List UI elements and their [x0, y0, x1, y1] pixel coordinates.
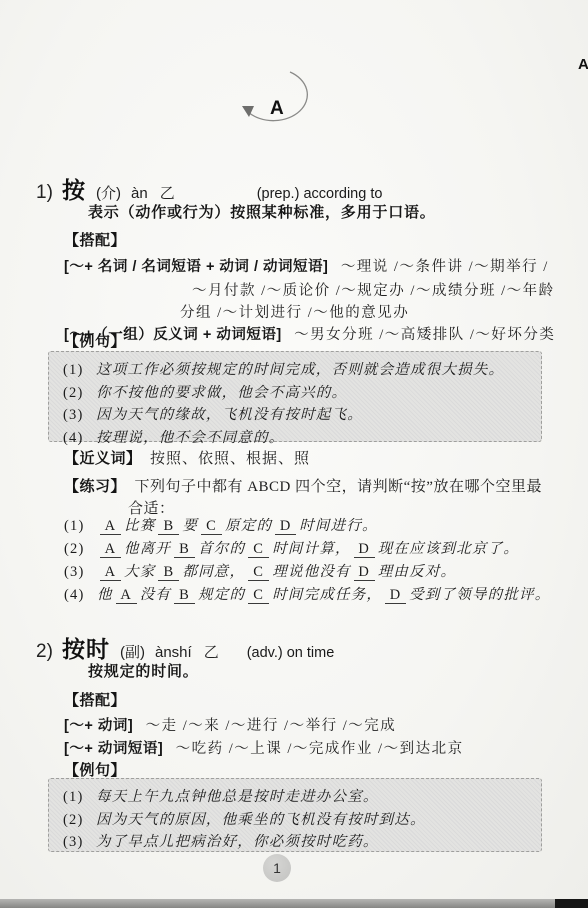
example-sentence: (2)因为天气的原因，他乘坐的飞机没有按时到达。 [63, 809, 533, 832]
page-number: 1 [273, 860, 281, 876]
exercise-item: (2)A他离开B首尔的C时间计算，D现在应该到北京了。 [64, 537, 519, 558]
entry2-examples-label: 【例句】 [64, 759, 126, 780]
exercise-segment: 原定的 [225, 518, 272, 534]
blank-letter: B [158, 565, 179, 581]
example-sentence: (1)这项工作必须按规定的时间完成，否则就会造成很大损失。 [63, 359, 533, 382]
blank-letter: D [275, 519, 296, 535]
entry2-collocation-label: 【搭配】 [64, 689, 126, 710]
example-sentence: (3)因为天气的缘故，飞机没有按时起飞。 [63, 404, 533, 427]
synonyms-text: 按照、依照、根据、照 [150, 450, 310, 467]
blank-letter: D [354, 542, 375, 558]
entry1-exercise-prompt: 【练习】 下列句子中都有 ABCD 四个空，请判断“按”放在哪个空里最 [64, 475, 542, 496]
exercise-segment: 他 [97, 587, 113, 603]
exercise-segment: 理说他没有 [272, 564, 351, 580]
example-text: 每天上午九点钟他总是按时走进办公室。 [96, 789, 379, 805]
entry2-english: (adv.) on time [247, 645, 335, 661]
entry1-collocation-line3: 分组 /～计划进行 /～他的意见办 [180, 301, 409, 322]
blank-letter: C [248, 588, 269, 604]
exercise-segment: 比赛 [124, 518, 155, 534]
example-sentence: (1)每天上午九点钟他总是按时走进办公室。 [63, 786, 533, 809]
blank-letter: D [354, 565, 375, 581]
section-letter: A [270, 98, 284, 119]
example-text: 你不按他的要求做，他会不高兴的。 [96, 385, 347, 401]
entry1-collocation-line1: [～+ 名词 / 名词短语 + 动词 / 动词短语] ～理说 /～条件讲 /～期… [64, 255, 549, 276]
entry2-pinyin: ànshí [155, 644, 192, 661]
book-page: A A 1) 按 (介) àn 乙 (prep.) according to 表… [0, 0, 588, 908]
synonyms-label: 【近义词】 [64, 450, 142, 467]
entry1-collocation-line2: ～月付款 /～质论价 /～规定办 /～成绩分班 /～年龄 [192, 279, 555, 300]
entry2-pos: (副) [120, 641, 145, 662]
blank-letter: A [100, 565, 121, 581]
entry2-level: 乙 [204, 641, 219, 662]
exercise-segment: 首尔的 [198, 541, 245, 557]
exercise-segment: 时间完成任务， [272, 587, 382, 603]
example-number: (1) [63, 786, 96, 809]
exercise-item: (4)他A没有B规定的C时间完成任务，D受到了领导的批评。 [64, 583, 550, 604]
example-sentence: (2)你不按他的要求做，他会不高兴的。 [63, 382, 533, 405]
entry1-level: 乙 [160, 182, 175, 203]
example-text: 为了早点儿把病治好，你必须按时吃药。 [96, 834, 379, 850]
exercise-segment: 没有 [140, 587, 171, 603]
exercise-item: (1)A比赛B要C原定的D时间进行。 [64, 514, 378, 535]
exercise-segment: 时间计算， [272, 541, 351, 557]
entry1-collocation-label: 【搭配】 [64, 229, 126, 250]
example-number: (1) [63, 359, 96, 382]
exercise-item-number: (4) [64, 587, 97, 604]
example-text: 这项工作必须按规定的时间完成，否则就会造成很大损失。 [96, 362, 504, 378]
entry2-number: 2) [36, 641, 62, 663]
exercise-segment: 现在应该到北京了。 [378, 541, 519, 557]
entry1-headword: 按 [62, 172, 86, 205]
entry2-collocation-line2: [～+ 动词短语] ～吃药 /～上课 /～完成作业 /～到达北京 [64, 737, 464, 758]
exercise-item-number: (1) [64, 518, 97, 535]
edge-tab-letter: A [578, 56, 588, 73]
exercise-segment: 时间进行。 [299, 518, 378, 534]
collocation-items: ～理说 /～条件讲 /～期举行 / [341, 259, 549, 275]
page-number-badge: 1 [263, 854, 291, 882]
entry1-examples-box: (1)这项工作必须按规定的时间完成，否则就会造成很大损失。 (2)你不按他的要求… [48, 351, 542, 442]
collocation-pattern: [～+ 动词短语] [64, 741, 163, 757]
entry1-synonyms-line: 【近义词】 按照、依照、根据、照 [64, 447, 310, 468]
exercise-item-number: (2) [64, 541, 97, 558]
example-text: 因为天气的缘故，飞机没有按时起飞。 [96, 407, 363, 423]
blank-letter: C [201, 519, 222, 535]
scan-edge-strip-dark [555, 899, 588, 908]
entry2-definition: 按规定的时间。 [88, 660, 199, 681]
scan-edge-strip [0, 899, 588, 908]
exercise-segment: 理由反对。 [378, 564, 457, 580]
blank-letter: A [100, 519, 121, 535]
example-text: 因为天气的原因，他乘坐的飞机没有按时到达。 [96, 812, 426, 828]
exercise-prompt-text: 下列句子中都有 ABCD 四个空，请判断“按”放在哪个空里最 [134, 479, 542, 495]
entry1-pos: (介) [96, 182, 121, 203]
exercise-label: 【练习】 [64, 478, 126, 495]
collocation-items: ～走 /～来 /～进行 /～举行 /～完成 [146, 718, 397, 734]
exercise-segment: 规定的 [198, 587, 245, 603]
entry1-english: (prep.) according to [257, 186, 383, 202]
exercise-item: (3)A大家B都同意，C理说他没有D理由反对。 [64, 560, 456, 581]
exercise-segment: 受到了领导的批评。 [409, 587, 550, 603]
entry1-definition: 表示（动作或行为）按照某种标准，多用于口语。 [88, 201, 436, 222]
example-number: (2) [63, 809, 96, 832]
example-number: (2) [63, 382, 96, 405]
entry2-collocation-line1: [～+ 动词] ～走 /～来 /～进行 /～举行 /～完成 [64, 714, 396, 735]
example-sentence: (4)按理说，他不会不同意的。 [63, 427, 533, 450]
collocation-pattern: [～+ 动词] [64, 718, 133, 734]
example-number: (4) [63, 427, 96, 450]
blank-letter: D [385, 588, 406, 604]
collocation-pattern: [～+ 名词 / 名词短语 + 动词 / 动词短语] [64, 259, 328, 275]
blank-letter: A [116, 588, 137, 604]
exercise-segment: 大家 [124, 564, 155, 580]
blank-letter: C [248, 565, 269, 581]
collocation-items: ～男女分班 /～高矮排队 /～好坏分类 [294, 327, 555, 343]
example-sentence: (3)为了早点儿把病治好，你必须按时吃药。 [63, 831, 533, 854]
entry1-number: 1) [36, 182, 62, 204]
collocation-items: ～吃药 /～上课 /～完成作业 /～到达北京 [176, 741, 464, 757]
entry1-collocation-line4: [～+（一组）反义词 + 动词短语] ～男女分班 /～高矮排队 /～好坏分类 [64, 323, 555, 344]
entry1-examples-label: 【例句】 [64, 330, 126, 351]
exercise-segment: 要 [182, 518, 198, 534]
exercise-segment: 都同意， [182, 564, 245, 580]
example-number: (3) [63, 831, 96, 854]
example-number: (3) [63, 404, 96, 427]
exercise-item-number: (3) [64, 564, 97, 581]
blank-letter: B [158, 519, 179, 535]
section-marker-graphic: A [222, 60, 347, 142]
exercise-segment: 他离开 [124, 541, 171, 557]
entry2-examples-box: (1)每天上午九点钟他总是按时走进办公室。 (2)因为天气的原因，他乘坐的飞机没… [48, 778, 542, 852]
blank-letter: A [100, 542, 121, 558]
blank-letter: B [174, 542, 195, 558]
entry1-pinyin: àn [131, 185, 148, 202]
blank-letter: C [248, 542, 269, 558]
blank-letter: B [174, 588, 195, 604]
example-text: 按理说，他不会不同意的。 [96, 430, 284, 446]
